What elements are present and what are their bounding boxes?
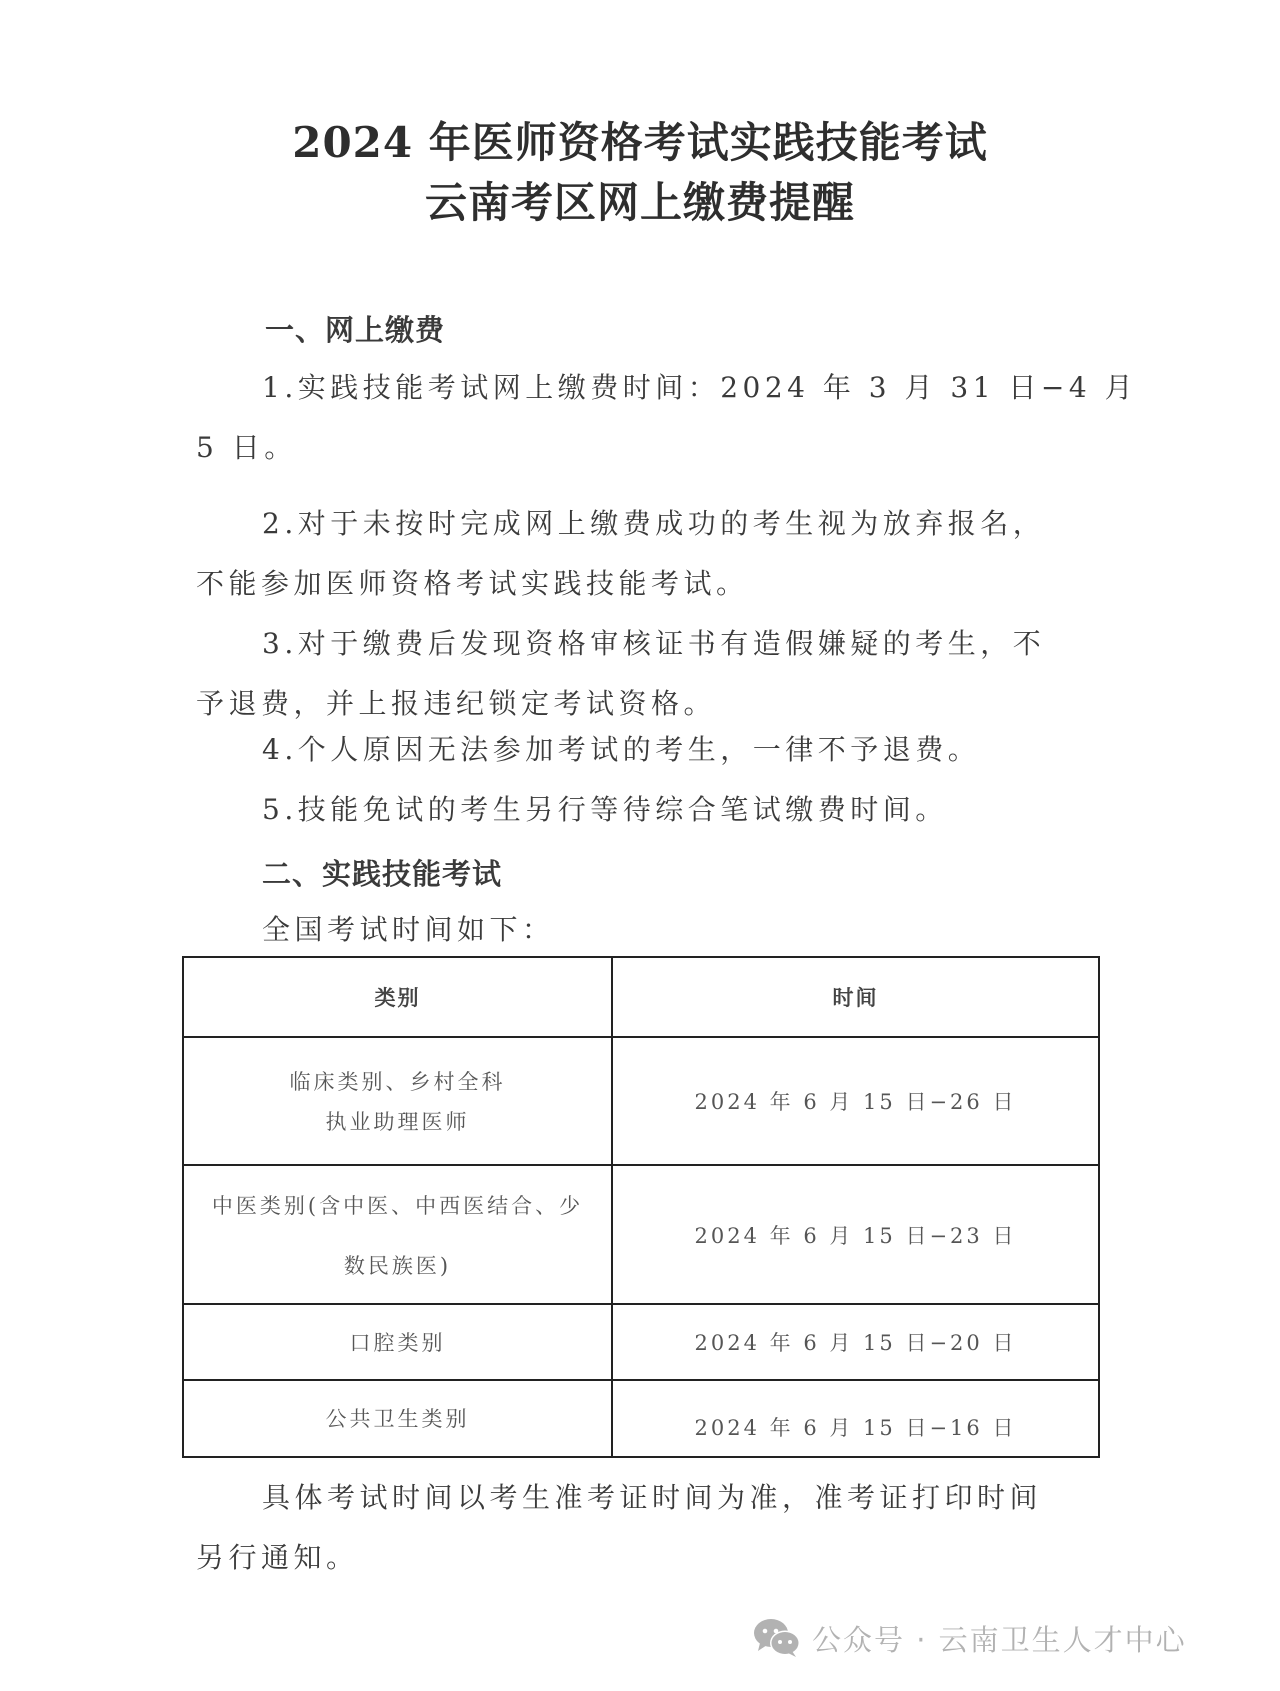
section-1-heading: 一、网上缴费 [265, 312, 445, 348]
table-row: 口腔类别 2024 年 6 月 15 日−20 日 [184, 1305, 1098, 1381]
row-category: 公共卫生类别 [184, 1381, 613, 1456]
document-page: 2024 年医师资格考试实践技能考试 云南考区网上缴费提醒 一、网上缴费 1.实… [0, 0, 1280, 1691]
category-line: 中医类别(含中医、中西医结合、少 [212, 1190, 583, 1220]
document-title-line-2: 云南考区网上缴费提醒 [0, 178, 1280, 228]
wechat-icon [752, 1618, 802, 1658]
category-line: 数民族医) [344, 1250, 451, 1280]
row-time: 2024 年 6 月 15 日−20 日 [613, 1305, 1098, 1379]
row-category: 临床类别、乡村全科 执业助理医师 [184, 1038, 613, 1164]
table-row: 临床类别、乡村全科 执业助理医师 2024 年 6 月 15 日−26 日 [184, 1038, 1098, 1166]
header-time: 时间 [613, 958, 1098, 1036]
paragraph-5: 5.技能免试的考生另行等待综合笔试缴费时间。 [262, 792, 948, 828]
exam-schedule-table: 类别 时间 临床类别、乡村全科 执业助理医师 2024 年 6 月 15 日−2… [182, 956, 1100, 1458]
time-value: 2024 年 6 月 15 日−26 日 [695, 1086, 1017, 1116]
table-intro: 全国考试时间如下： [262, 912, 555, 948]
row-time: 2024 年 6 月 15 日−16 日 [613, 1381, 1098, 1456]
closing-line-2: 另行通知。 [196, 1540, 359, 1576]
wechat-watermark: 公众号 · 云南卫生人才中心 [752, 1616, 1187, 1660]
table-header-row: 类别 时间 [184, 958, 1098, 1038]
row-category: 中医类别(含中医、中西医结合、少 数民族医) [184, 1166, 613, 1303]
paragraph-1-line-2: 5 日。 [196, 430, 297, 466]
header-time-label: 时间 [833, 982, 879, 1012]
row-time: 2024 年 6 月 15 日−26 日 [613, 1038, 1098, 1164]
paragraph-3-line-1: 3.对于缴费后发现资格审核证书有造假嫌疑的考生，不 [262, 626, 1045, 662]
header-category: 类别 [184, 958, 613, 1036]
time-value: 2024 年 6 月 15 日−20 日 [695, 1327, 1017, 1357]
watermark-text: 公众号 · 云南卫生人才中心 [812, 1618, 1187, 1659]
category-line: 口腔类别 [350, 1327, 446, 1357]
table-row: 中医类别(含中医、中西医结合、少 数民族医) 2024 年 6 月 15 日−2… [184, 1166, 1098, 1305]
category-line: 公共卫生类别 [326, 1403, 470, 1433]
closing-line-1: 具体考试时间以考生准考证时间为准，准考证打印时间 [262, 1480, 1042, 1516]
document-title-line-1: 2024 年医师资格考试实践技能考试 [0, 118, 1280, 168]
paragraph-1-line-1: 1.实践技能考试网上缴费时间：2024 年 3 月 31 日−4 月 [262, 370, 1137, 406]
table-row: 公共卫生类别 2024 年 6 月 15 日−16 日 [184, 1381, 1098, 1456]
row-time: 2024 年 6 月 15 日−23 日 [613, 1166, 1098, 1303]
paragraph-4: 4.个人原因无法参加考试的考生，一律不予退费。 [262, 732, 980, 768]
time-value: 2024 年 6 月 15 日−23 日 [695, 1220, 1017, 1250]
row-category: 口腔类别 [184, 1305, 613, 1379]
category-line: 临床类别、乡村全科 [290, 1066, 506, 1096]
category-line: 执业助理医师 [326, 1106, 470, 1136]
paragraph-3-line-2: 予退费，并上报违纪锁定考试资格。 [196, 686, 716, 722]
time-value: 2024 年 6 月 15 日−16 日 [695, 1412, 1017, 1442]
section-2-heading: 二、实践技能考试 [262, 856, 502, 892]
header-category-label: 类别 [375, 982, 421, 1012]
paragraph-2-line-2: 不能参加医师资格考试实践技能考试。 [196, 566, 749, 602]
paragraph-2-line-1: 2.对于未按时完成网上缴费成功的考生视为放弃报名， [262, 506, 1045, 542]
